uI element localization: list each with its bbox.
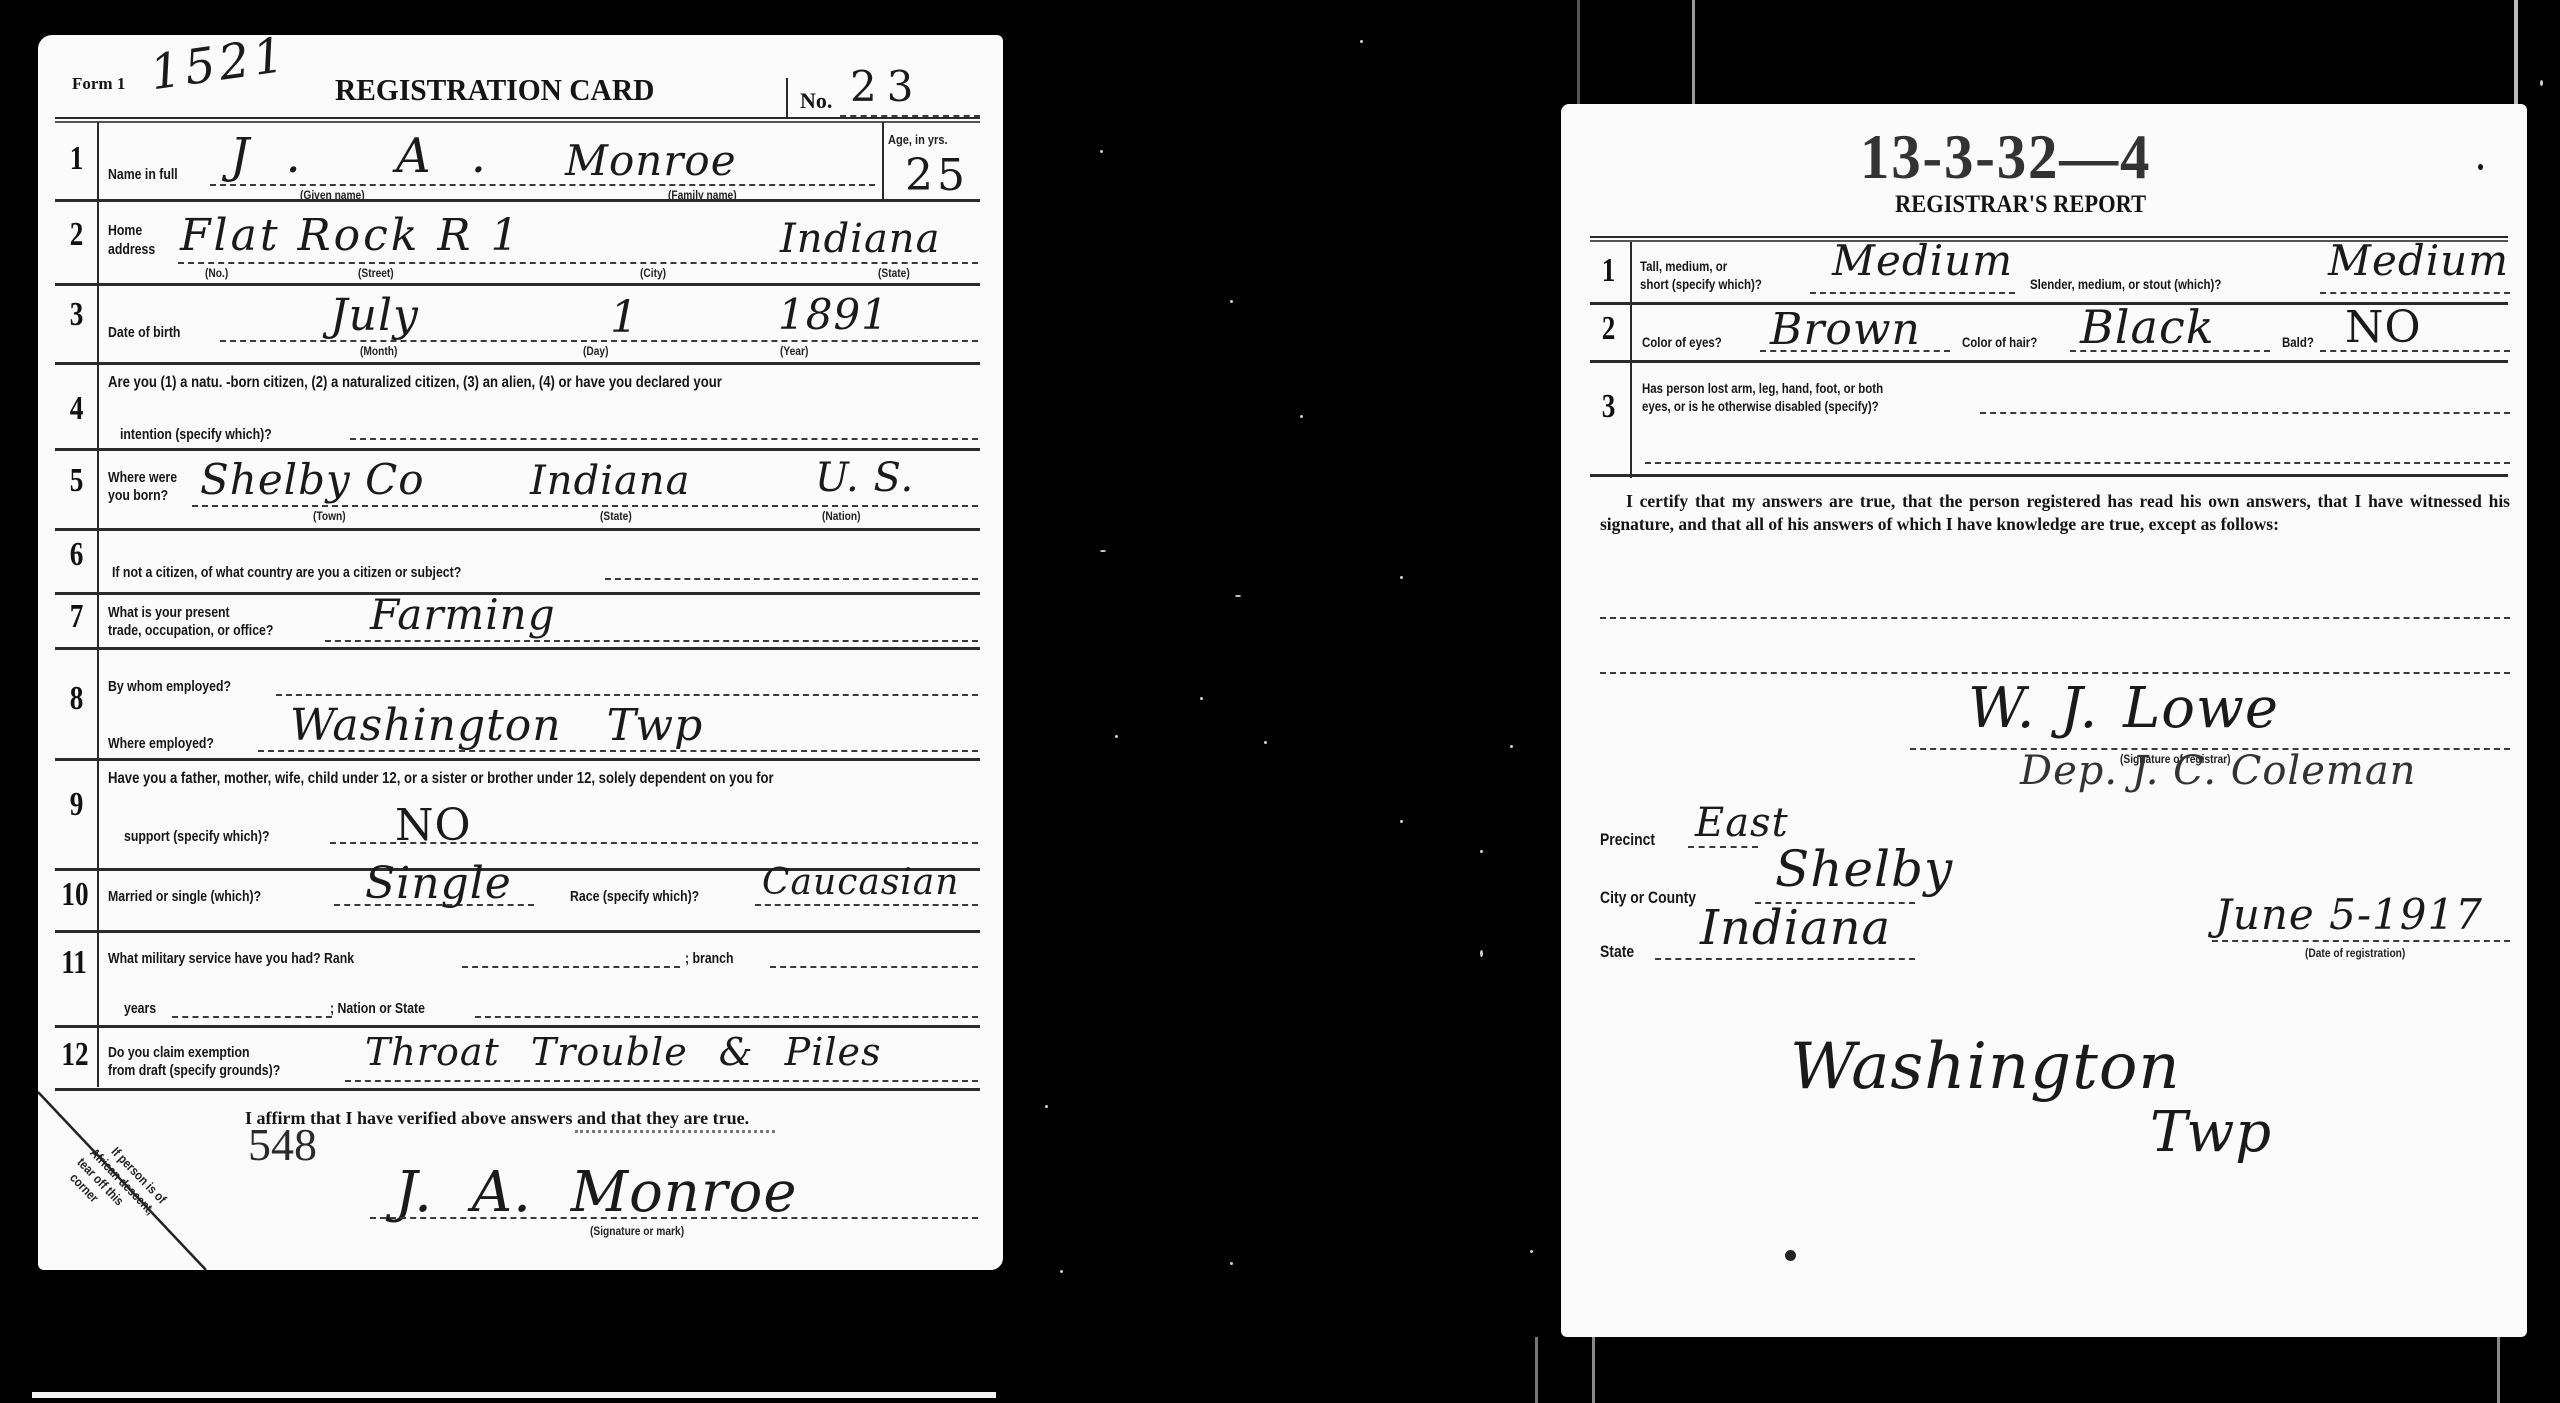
military-rank-label: What military service have you had? Rank — [108, 950, 354, 967]
film-scratch — [2497, 1337, 2500, 1403]
row-number: 6 — [70, 536, 84, 574]
disability-answer-line — [1645, 462, 2510, 464]
citizenship-question: Are you (1) a natu. -born citizen, (2) a… — [108, 374, 722, 392]
row-number: 2 — [70, 216, 84, 254]
ink-dot — [2478, 164, 2483, 170]
military-years-label: years — [124, 1000, 156, 1017]
birthplace-state-value: Indiana — [530, 458, 690, 504]
dependents-question: Have you a father, mother, wife, child u… — [108, 770, 774, 788]
report-title: REGISTRAR'S REPORT — [1895, 191, 2146, 219]
stamp-number: 548 — [248, 1118, 317, 1171]
given-name-value: J. A. — [230, 128, 526, 184]
city-county-value: Shelby — [1775, 840, 1953, 898]
employer-location-value: Washington Twp — [290, 700, 703, 751]
home-address-value: Flat Rock R 1 — [180, 210, 522, 261]
birthplace-town-value: Shelby Co — [200, 455, 425, 504]
home-state-value: Indiana — [780, 216, 940, 262]
dependents-value: NO — [395, 800, 472, 851]
height-value: Medium — [1832, 236, 2013, 285]
row-number: 3 — [70, 296, 84, 334]
registration-date-value: June 5-1917 — [2215, 890, 2483, 939]
exception-line-1 — [1600, 617, 2510, 619]
marital-label: Married or single (which)? — [108, 888, 261, 905]
township-note: Washington — [1790, 1030, 2181, 1104]
row-number: 12 — [61, 1036, 88, 1074]
form-label: Form 1 — [72, 74, 125, 94]
citizen-of-question: If not a citizen, of what country are yo… — [112, 564, 461, 581]
build-value: Medium — [2328, 236, 2509, 285]
employer-location-label: Where employed? — [108, 735, 214, 752]
township-note-2: Twp — [2150, 1100, 2272, 1165]
card-title: REGISTRATION CARD — [335, 72, 654, 108]
affirmation-text: I affirm that I have verified above answ… — [245, 1108, 749, 1129]
row-number: 8 — [70, 680, 84, 718]
header-rule — [55, 117, 980, 123]
exception-line-2 — [1600, 672, 2510, 674]
ink-blot — [1785, 1250, 1796, 1261]
citizenship-answer-line — [350, 438, 978, 440]
race-value: Caucasian — [762, 862, 959, 903]
bald-value: NO — [2345, 302, 2422, 353]
row-number: 1 — [70, 140, 84, 178]
birth-day-value: 1 — [610, 292, 639, 343]
registrant-signature: J. A. Monroe — [395, 1160, 798, 1225]
row-number: 3 — [1602, 388, 1616, 426]
row-number: 11 — [61, 944, 87, 982]
race-label: Race (specify which)? — [570, 888, 699, 905]
stamp-faint — [575, 1130, 775, 1145]
birth-year-value: 1891 — [778, 290, 889, 339]
marital-value: Single — [365, 858, 512, 909]
row-number: 5 — [70, 462, 84, 500]
family-name-value: Monroe — [565, 136, 737, 185]
row-number: 7 — [70, 598, 84, 636]
military-nation-label: ; Nation or State — [330, 1000, 425, 1017]
film-scratch — [1577, 0, 1580, 104]
film-scratch — [1692, 0, 1695, 104]
row-number: 1 — [1602, 252, 1616, 290]
row-number: 2 — [1602, 310, 1616, 348]
card-number-label: No. — [800, 88, 832, 114]
birth-month-value: July — [330, 290, 419, 341]
age-label: Age, in yrs. — [888, 132, 948, 147]
military-branch-label: ; branch — [685, 950, 734, 967]
city-county-label: City or County — [1600, 888, 1696, 908]
signature-label: (Signature or mark) — [590, 1224, 684, 1238]
age-value: 25 — [905, 150, 969, 201]
eye-color-value: Brown — [1770, 304, 1921, 355]
dob-label: Date of birth — [108, 324, 180, 341]
row-number: 9 — [70, 786, 84, 824]
report-stamp-number: 13-3-32—4 — [1860, 120, 2151, 194]
certify-text: I certify that my answers are true, that… — [1600, 490, 2510, 536]
exemption-value: Throat Trouble & Piles — [365, 1030, 882, 1074]
name-label: Name in full — [108, 166, 178, 183]
state-label: State — [1600, 942, 1634, 962]
registrar-signature: W. J. Lowe — [1968, 676, 2279, 741]
film-scratch — [1535, 1337, 1538, 1403]
birthplace-nation-value: U. S. — [815, 455, 914, 501]
registration-date-label: (Date of registration) — [2305, 946, 2405, 960]
film-scratch — [2514, 0, 2518, 104]
state-value: Indiana — [1700, 900, 1891, 956]
card-number-value: 23 — [850, 62, 923, 111]
hair-color-value: Black — [2080, 300, 2215, 354]
film-edge-strip — [32, 1392, 996, 1398]
row-number: 10 — [61, 876, 88, 914]
row-number: 4 — [70, 390, 84, 428]
deputy-signature: Dep. J. C. Coleman — [2020, 748, 2416, 794]
precinct-label: Precinct — [1600, 830, 1655, 850]
film-scratch — [1592, 1337, 1595, 1403]
employer-label: By whom employed? — [108, 678, 231, 695]
occupation-value: Farming — [370, 590, 556, 639]
